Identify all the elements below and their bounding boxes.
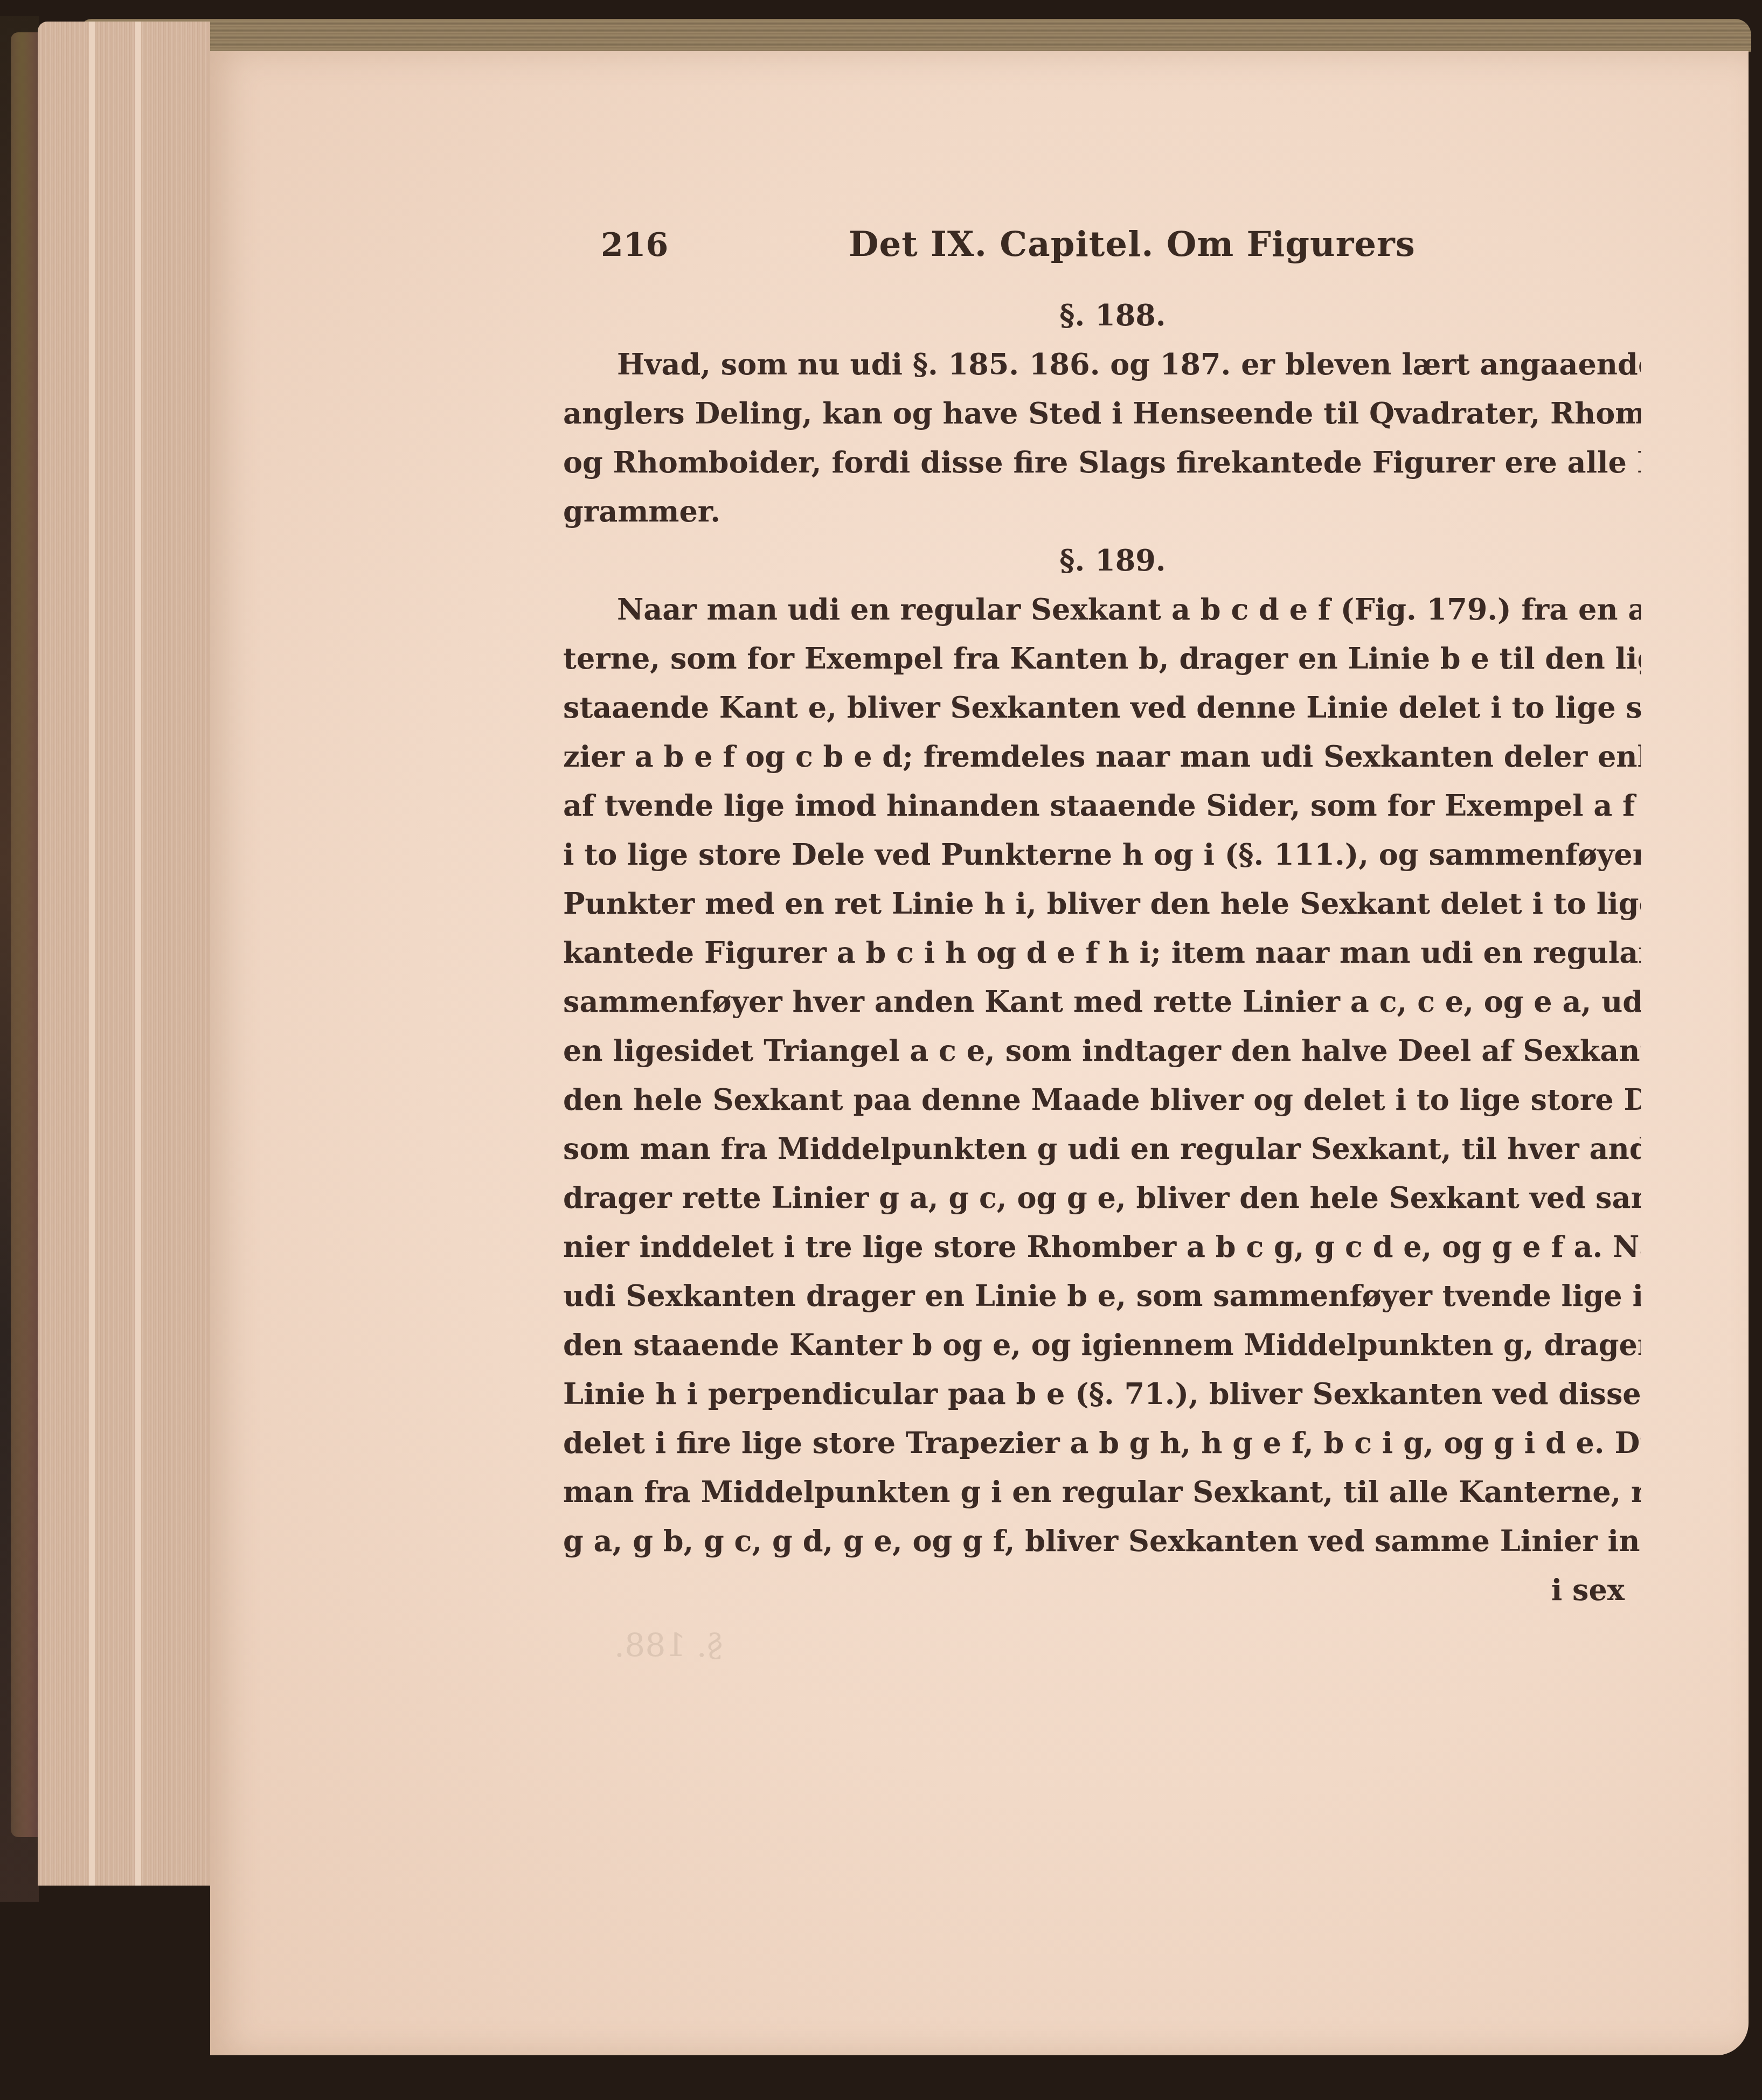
running-title: Det IX. Capitel. Om Figurers — [849, 224, 1416, 265]
text-line: den hele Sexkant paa denne Maade bliver … — [563, 1075, 1641, 1124]
page-header: 216 Det IX. Capitel. Om Figurers — [566, 226, 1643, 269]
text-line: sammenføyer hver anden Kant med rette Li… — [563, 977, 1641, 1026]
page-stack-top-edge — [81, 19, 1751, 52]
body-text: §. 188. Hvad, som nu udi §. 185. 186. og… — [563, 291, 1641, 1615]
text-line: som man fra Middelpunkten g udi en regul… — [563, 1124, 1641, 1173]
text-line: Punkter med en ret Linie h i, bliver den… — [563, 879, 1641, 928]
text-line: og Rhomboider, fordi disse fire Slags fi… — [563, 438, 1641, 487]
text-line: Hvad, som nu udi §. 185. 186. og 187. er… — [563, 340, 1641, 389]
section-heading-188: §. 188. — [563, 291, 1641, 340]
text-line: grammer. — [563, 487, 1641, 536]
text-line: zier a b e f og c b e d; fremdeles naar … — [563, 732, 1641, 781]
text-line: man fra Middelpunkten g i en regular Sex… — [563, 1468, 1641, 1517]
text-line: i to lige store Dele ved Punkterne h og … — [563, 830, 1641, 879]
page-number: 216 — [601, 226, 668, 264]
text-line: g a, g b, g c, g d, g e, og g f, bliver … — [563, 1517, 1641, 1566]
page-stack-seam — [89, 22, 95, 1886]
text-line: nier inddelet i tre lige store Rhomber a… — [563, 1222, 1641, 1271]
text-line: udi Sexkanten drager en Linie b e, som s… — [563, 1271, 1641, 1320]
page-stack-left-edge — [38, 22, 210, 1886]
text-line: den staaende Kanter b og e, og igiennem … — [563, 1320, 1641, 1369]
section-heading-189: §. 189. — [563, 536, 1641, 585]
text-line: drager rette Linier g a, g c, og g e, bl… — [563, 1173, 1641, 1222]
text-line: staaende Kant e, bliver Sexkanten ved de… — [563, 683, 1641, 732]
bleed-through-text: §. 188. — [614, 1627, 723, 1665]
text-line: kantede Figurer a b c i h og d e f h i; … — [563, 928, 1641, 977]
marbled-cover-edge — [11, 32, 38, 1837]
text-line: anglers Deling, kan og have Sted i Hense… — [563, 389, 1641, 438]
text-line: Naar man udi en regular Sexkant a b c d … — [563, 585, 1641, 634]
text-line: delet i fire lige store Trapezier a b g … — [563, 1418, 1641, 1468]
catchword: i sex — [563, 1566, 1641, 1615]
text-line: Linie h i perpendicular paa b e (§. 71.)… — [563, 1369, 1641, 1418]
text-line: terne, som for Exempel fra Kanten b, dra… — [563, 634, 1641, 683]
text-line: en ligesidet Triangel a c e, som indtage… — [563, 1026, 1641, 1075]
text-line: af tvende lige imod hinanden staaende Si… — [563, 781, 1641, 830]
page-stack-seam — [135, 22, 141, 1886]
